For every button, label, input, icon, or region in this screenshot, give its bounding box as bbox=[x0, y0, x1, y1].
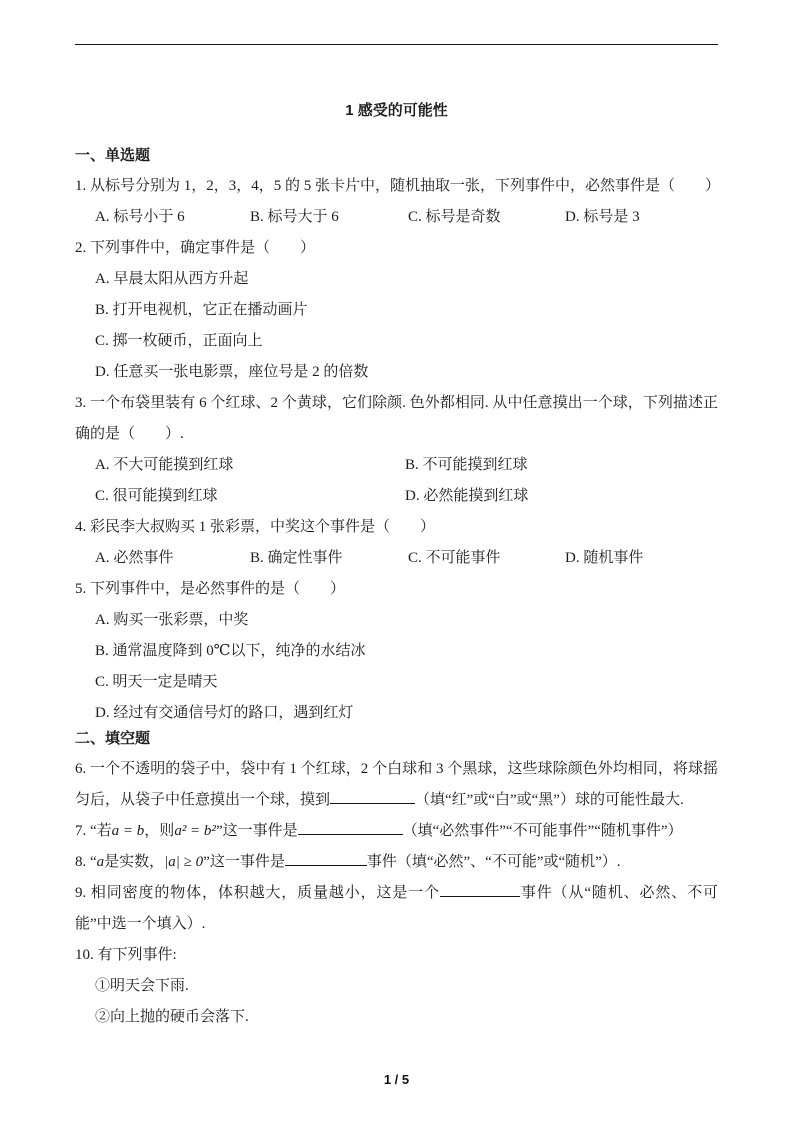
question-4-options: A. 必然事件 B. 确定性事件 C. 不可能事件 D. 随机事件 bbox=[75, 543, 718, 574]
question-6-text-after-blank: （填“红”或“白”或“黑”）球的可能性最大. bbox=[415, 792, 684, 808]
question-4-option-a: A. 必然事件 bbox=[95, 543, 250, 574]
question-7-stem: 7. “若a = b，则a² = b²”这一事件是（填“必然事件”“不可能事件”… bbox=[75, 816, 718, 847]
question-8-text-1: 8. “ bbox=[75, 854, 97, 870]
question-1-option-a: A. 标号小于 6 bbox=[95, 202, 250, 233]
question-3-stem: 3. 一个布袋里装有 6 个红球、2 个黄球，它们除颜. 色外都相同. 从中任意… bbox=[75, 388, 718, 450]
question-1-option-c: C. 标号是奇数 bbox=[408, 202, 565, 233]
question-7-math-1: a = b bbox=[112, 823, 145, 839]
question-7-text-1: 7. “若 bbox=[75, 823, 112, 839]
question-3-options-row-1: A. 不大可能摸到红球 B. 不可能摸到红球 bbox=[75, 450, 718, 481]
question-4-option-b: B. 确定性事件 bbox=[250, 543, 408, 574]
question-8-text-3: ”这一事件是 bbox=[203, 854, 285, 870]
question-8-text-4: 事件（填“必然”、“不可能”或“随机”）. bbox=[367, 854, 621, 870]
question-7-math-2: a² = b² bbox=[174, 823, 216, 839]
worksheet-page: 1 感受的可能性 一、单选题 1. 从标号分别为 1，2，3，4，5 的 5 张… bbox=[0, 0, 793, 1122]
page-number: 1 / 5 bbox=[0, 1070, 793, 1090]
header-rule bbox=[75, 44, 718, 45]
question-10-item-2: ②向上抛的硬币会落下. bbox=[75, 1002, 718, 1033]
question-3-option-c: C. 很可能摸到红球 bbox=[95, 481, 405, 512]
question-4-stem: 4. 彩民李大叔购买 1 张彩票，中奖这个事件是（ ） bbox=[75, 512, 718, 543]
question-7-text-3: ”这一事件是 bbox=[216, 823, 298, 839]
question-5-stem: 5. 下列事件中，是必然事件的是（ ） bbox=[75, 574, 718, 605]
page-content: 1 感受的可能性 一、单选题 1. 从标号分别为 1，2，3，4，5 的 5 张… bbox=[75, 95, 718, 1033]
question-5-option-a: A. 购买一张彩票，中奖 bbox=[75, 605, 718, 636]
question-7-text-2: ，则 bbox=[144, 823, 174, 839]
question-8-answer-blank bbox=[285, 850, 367, 866]
question-6-answer-blank bbox=[330, 788, 415, 804]
question-2-stem: 2. 下列事件中，确定事件是（ ） bbox=[75, 233, 718, 264]
section-heading-single-choice: 一、单选题 bbox=[75, 140, 718, 171]
question-4-option-d: D. 随机事件 bbox=[565, 543, 718, 574]
question-8-stem: 8. “a是实数，|a| ≥ 0”这一事件是事件（填“必然”、“不可能”或“随机… bbox=[75, 847, 718, 878]
question-1-stem: 1. 从标号分别为 1，2，3，4，5 的 5 张卡片中，随机抽取一张，下列事件… bbox=[75, 171, 718, 202]
page-title: 1 感受的可能性 bbox=[75, 95, 718, 126]
question-7-text-4: （填“必然事件”“不可能事件”“随机事件”） bbox=[403, 823, 683, 839]
question-3-options-row-2: C. 很可能摸到红球 D. 必然能摸到红球 bbox=[75, 481, 718, 512]
question-3-option-d: D. 必然能摸到红球 bbox=[405, 481, 718, 512]
question-2-option-c: C. 掷一枚硬币，正面向上 bbox=[75, 326, 718, 357]
question-2-option-b: B. 打开电视机，它正在播动画片 bbox=[75, 295, 718, 326]
question-5-option-b: B. 通常温度降到 0℃以下，纯净的水结冰 bbox=[75, 636, 718, 667]
question-10-stem: 10. 有下列事件: bbox=[75, 940, 718, 971]
question-2-option-d: D. 任意买一张电影票，座位号是 2 的倍数 bbox=[75, 357, 718, 388]
question-8-math-2: |a| ≥ 0 bbox=[164, 854, 203, 870]
question-1-option-b: B. 标号大于 6 bbox=[250, 202, 408, 233]
question-3-option-b: B. 不可能摸到红球 bbox=[405, 450, 718, 481]
question-6-stem: 6. 一个不透明的袋子中，袋中有 1 个红球，2 个白球和 3 个黑球，这些球除… bbox=[75, 754, 718, 816]
question-2-option-a: A. 早晨太阳从西方升起 bbox=[75, 264, 718, 295]
question-8-text-2: 是实数， bbox=[104, 854, 164, 870]
question-3-option-a: A. 不大可能摸到红球 bbox=[95, 450, 405, 481]
question-9-answer-blank bbox=[440, 881, 520, 897]
question-1-option-d: D. 标号是 3 bbox=[565, 202, 718, 233]
question-10-item-1: ①明天会下雨. bbox=[75, 971, 718, 1002]
question-9-stem: 9. 相同密度的物体，体积越大，质量越小，这是一个事件（从“随机、必然、不可能”… bbox=[75, 878, 718, 940]
question-9-text-before-blank: 9. 相同密度的物体，体积越大，质量越小，这是一个 bbox=[75, 885, 440, 901]
question-4-option-c: C. 不可能事件 bbox=[408, 543, 565, 574]
question-5-option-c: C. 明天一定是晴天 bbox=[75, 667, 718, 698]
question-7-answer-blank bbox=[298, 819, 403, 835]
question-1-options: A. 标号小于 6 B. 标号大于 6 C. 标号是奇数 D. 标号是 3 bbox=[75, 202, 718, 233]
